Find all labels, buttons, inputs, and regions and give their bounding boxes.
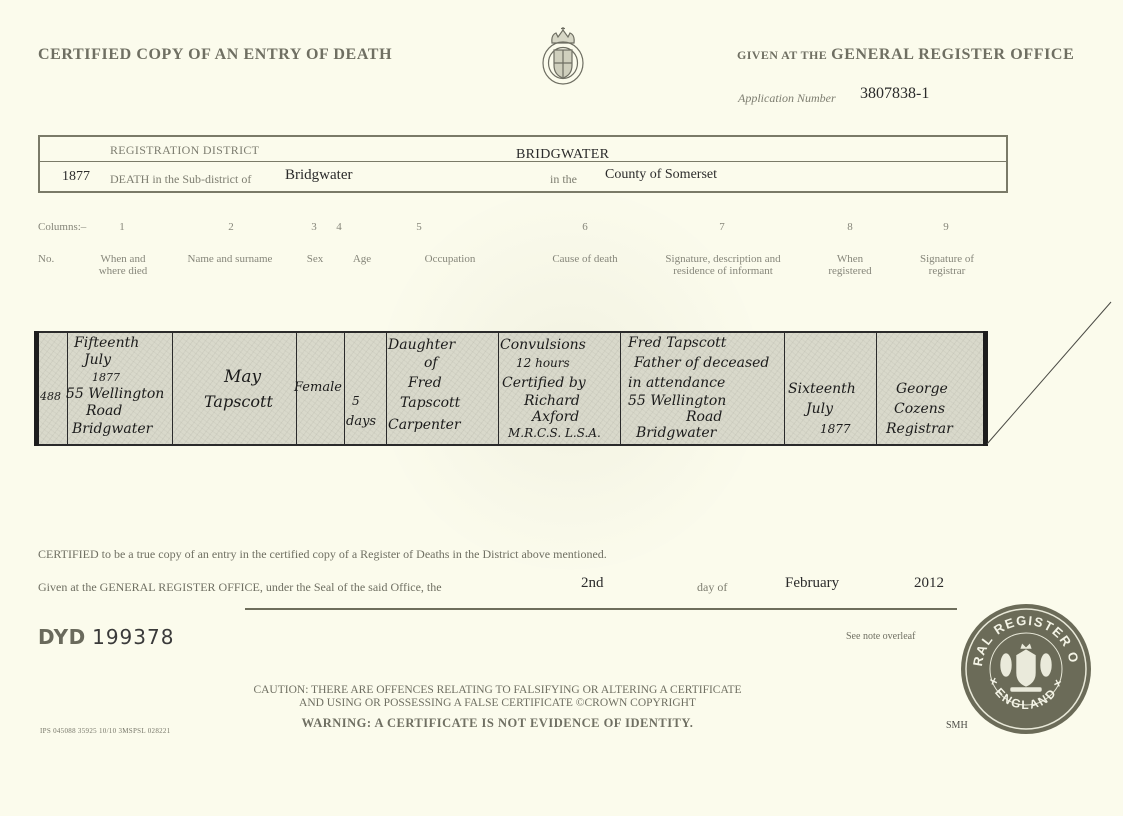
entry-divider — [784, 333, 785, 444]
registration-district-box: REGISTRATION DISTRICT BRIDGWATER 1877 DE… — [38, 135, 1008, 193]
column-number-4: 4 — [329, 221, 349, 233]
issue-day: 2nd — [581, 575, 604, 592]
entry-age-number: 5 — [352, 393, 360, 410]
entry-left-border — [34, 331, 39, 446]
column-head-name: Name and surname — [175, 253, 285, 265]
entry-informant-5: Road — [686, 409, 722, 426]
entry-registered-year: 1877 — [820, 421, 851, 438]
entry-occupation-2: of — [424, 355, 438, 372]
entry-informant-6: Bridgwater — [636, 425, 716, 442]
column-head-cause: Cause of death — [540, 253, 630, 265]
entry-cause-2: 12 hours — [516, 355, 570, 372]
entry-place-town: Bridgwater — [72, 421, 152, 438]
column-number-6: 6 — [575, 221, 595, 233]
entry-registrar-forename: George — [896, 381, 948, 398]
print-code: IPS 045088 35925 10/10 3MSPSL 028221 — [40, 727, 171, 735]
column-number-2: 2 — [221, 221, 241, 233]
entry-registrar-title: Registrar — [886, 421, 953, 438]
entry-cause-1: Convulsions — [500, 337, 586, 354]
entry-occupation-3: Fred — [408, 375, 442, 392]
column-number-3: 3 — [304, 221, 324, 233]
entry-occupation-5: Carpenter — [388, 417, 461, 434]
given-at-prefix: GIVEN AT THE — [737, 48, 827, 62]
column-number-7: 7 — [712, 221, 732, 233]
application-number: 3807838-1 — [860, 85, 929, 103]
entry-informant-3: in attendance — [628, 375, 725, 392]
entry-divider — [876, 333, 877, 444]
column-head-informant: Signature, description and residence of … — [652, 253, 794, 277]
entry-date-month: July — [84, 352, 111, 369]
column-head-sex: Sex — [300, 253, 330, 265]
column-head-age: Age — [347, 253, 377, 265]
caution-line-1: CAUTION: THERE ARE OFFENCES RELATING TO … — [230, 684, 765, 697]
entry-age-unit: days — [346, 413, 376, 430]
column-number-8: 8 — [840, 221, 860, 233]
in-the-label: in the — [550, 172, 577, 187]
serial-prefix: DYD — [38, 625, 86, 649]
entry-date-year: 1877 — [92, 369, 120, 386]
column-head-when-registered: When registered — [818, 253, 882, 277]
column-head-when-where: When and where died — [88, 253, 158, 277]
entry-registered-day: Sixteenth — [788, 381, 856, 398]
entry-cause-4: Richard — [524, 393, 580, 410]
entry-divider — [498, 333, 499, 444]
identity-warning: WARNING: A CERTIFICATE IS NOT EVIDENCE O… — [230, 716, 765, 731]
caution-line-2: AND USING OR POSSESSING A FALSE CERTIFIC… — [230, 697, 765, 710]
entry-divider — [620, 333, 621, 444]
columns-label: Columns:– — [38, 221, 86, 233]
certified-statement: CERTIFIED to be a true copy of an entry … — [38, 547, 607, 562]
caution-notice: CAUTION: THERE ARE OFFENCES RELATING TO … — [230, 684, 765, 710]
entry-divider — [386, 333, 387, 444]
entry-place-street: 55 Wellington — [66, 386, 164, 403]
entry-sex: Female — [294, 379, 342, 396]
column-number-9: 9 — [936, 221, 956, 233]
given-statement: Given at the GENERAL REGISTER OFFICE, un… — [38, 580, 442, 595]
column-head-no: No. — [38, 253, 54, 265]
entry-informant-1: Fred Tapscott — [628, 335, 726, 352]
see-note-overleaf: See note overleaf — [846, 631, 915, 642]
entry-informant-2: Father of deceased — [634, 355, 769, 372]
column-number-1: 1 — [112, 221, 132, 233]
entry-date-day: Fifteenth — [74, 335, 139, 352]
entry-divider — [344, 333, 345, 444]
entry-forename: May — [224, 369, 261, 386]
column-head-occupation: Occupation — [410, 253, 490, 265]
application-number-label: Application Number — [738, 91, 836, 106]
register-entry: 488 Fifteenth July 1877 55 Wellington Ro… — [34, 331, 988, 446]
entry-registered-month: July — [806, 401, 833, 418]
issue-year: 2012 — [914, 575, 944, 592]
entry-occupation-4: Tapscott — [400, 395, 460, 412]
entry-divider — [172, 333, 173, 444]
column-number-5: 5 — [409, 221, 429, 233]
entry-cause-5: Axford — [532, 409, 579, 426]
registration-district-label: REGISTRATION DISTRICT — [110, 143, 259, 158]
sub-district-value: Bridgwater — [285, 167, 352, 184]
entry-informant-4: 55 Wellington — [628, 393, 726, 410]
entry-cause-3: Certified by — [502, 375, 586, 392]
registration-year: 1877 — [62, 169, 90, 185]
day-of-label: day of — [697, 580, 727, 595]
serial-number: 199378 — [92, 625, 174, 649]
entry-place-road: Road — [86, 403, 122, 420]
entry-cause-6: M.R.C.S. L.S.A. — [508, 425, 601, 442]
general-register-office-seal-icon: GENERAL REGISTER OFFICE × ENGLAND × — [960, 603, 1092, 735]
sub-district-label: DEATH in the Sub-district of — [110, 172, 251, 187]
entry-number: 488 — [40, 388, 61, 405]
issue-month: February — [785, 575, 839, 592]
entry-occupation-1: Daughter — [388, 337, 455, 354]
signature-rule — [245, 608, 957, 610]
registration-district-value: BRIDGWATER — [516, 147, 609, 163]
column-head-registrar: Signature of registrar — [904, 253, 990, 277]
given-at-heading: GIVEN AT THE GENERAL REGISTER OFFICE — [737, 46, 1074, 64]
cancellation-line — [985, 298, 1115, 446]
county-value: County of Somerset — [605, 167, 717, 183]
royal-crest-icon — [538, 25, 588, 87]
entry-registrar-surname: Cozens — [894, 401, 945, 418]
office-name: GENERAL REGISTER OFFICE — [831, 46, 1074, 63]
entry-surname: Tapscott — [204, 393, 273, 410]
certificate-serial: DYD 199378 — [38, 625, 174, 649]
certificate-title: CERTIFIED COPY OF AN ENTRY OF DEATH — [38, 46, 392, 64]
